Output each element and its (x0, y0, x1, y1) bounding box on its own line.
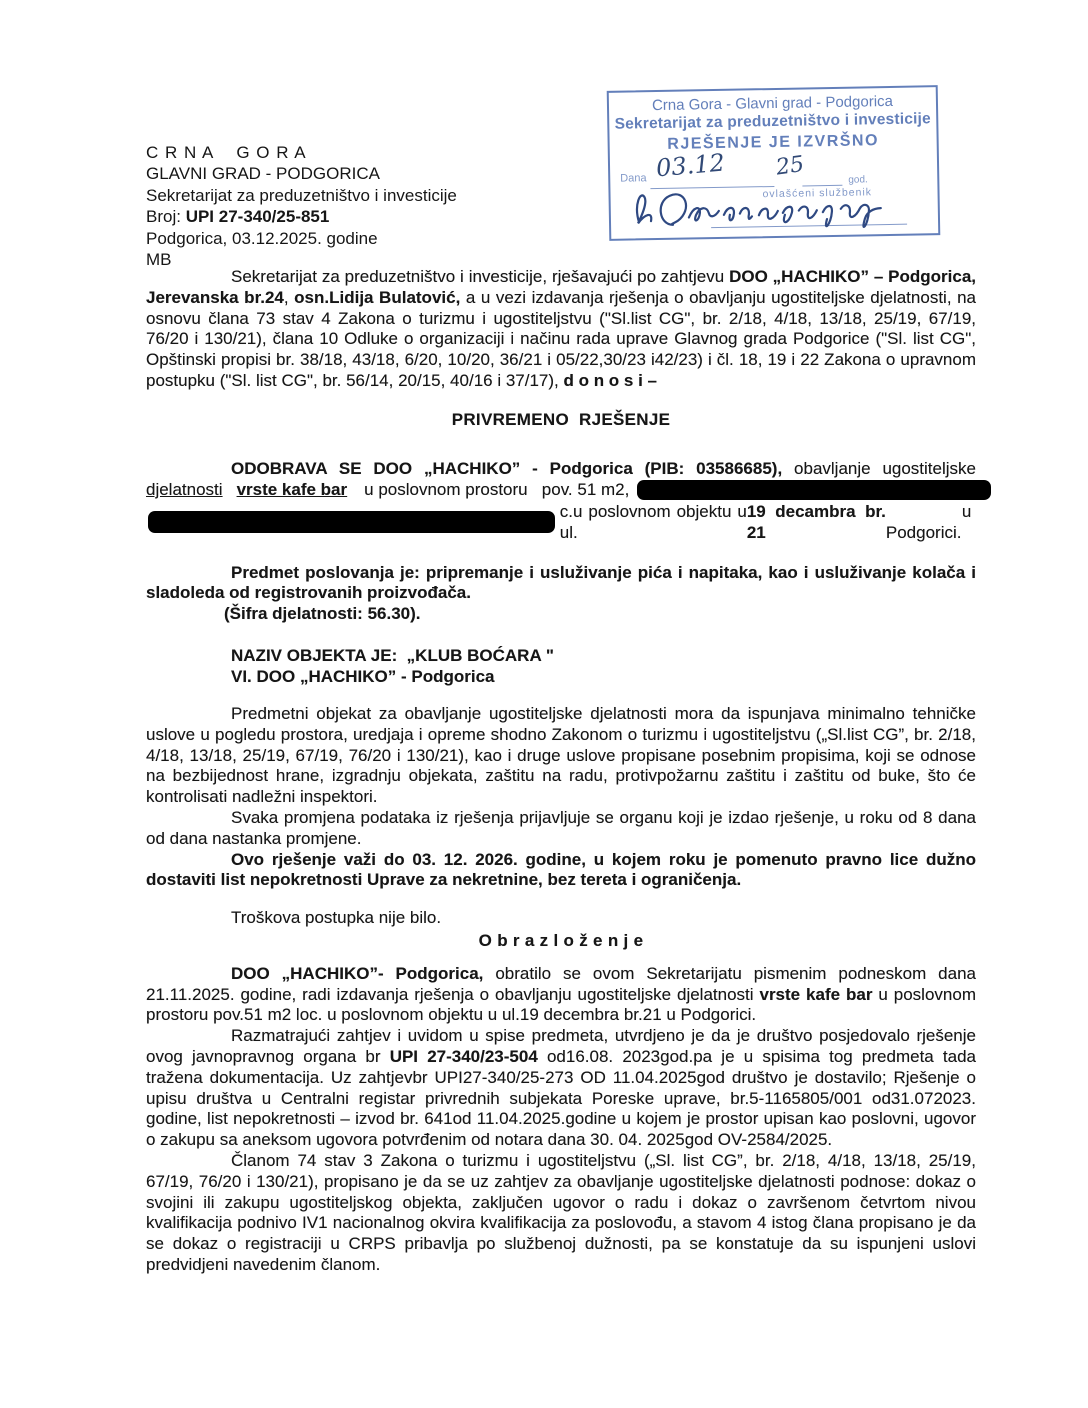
rationale-bar-type: vrste kafe bar (759, 985, 872, 1004)
approval-after-bar: c.u poslovnom objektu u ul. (560, 501, 747, 544)
rationale-case-ref: UPI 27-340/23-504 (390, 1047, 538, 1066)
letterhead-department: Sekretarijat za preduzetništvo i investi… (146, 185, 457, 206)
rationale-paragraph-3: Članom 74 stav 3 Zakona o turizmu i ugos… (146, 1151, 976, 1276)
founder-name: osn.Lidija Bulatović, (294, 288, 460, 307)
activity-code-line: (Šifra djelatnosti: 56.30). (146, 604, 976, 625)
handwritten-year: 25 (774, 152, 805, 181)
approval-bar-type: vrste kafe bar (237, 479, 348, 501)
rationale-company: DOO „HACHIKO”- Podgorica, (231, 964, 483, 983)
approval-city: u Podgorici. (886, 501, 976, 544)
approval-paragraph: ODOBRAVA SE DOO „HACHIKO” - Podgorica (P… (146, 458, 976, 544)
decision-title: PRIVREMENO RJEŠENJE (146, 410, 976, 431)
document-page: C R N A G O R A GLAVNI GRAD - PODGORICA … (0, 0, 1088, 1408)
signature-icon (628, 179, 919, 234)
intro-paragraph: Sekretarijat za preduzetništvo i investi… (146, 267, 976, 392)
rationale-paragraph-1: DOO „HACHIKO”- Podgorica, obratilo se ov… (146, 964, 976, 1026)
case-number-label: Broj: (146, 207, 186, 226)
approval-line1-rest: obavljanje ugostiteljske (794, 459, 976, 478)
stamp-line-3: RJEŠENJE JE IZVRŠNO (610, 131, 937, 155)
facility-name-line: NAZIV OBJEKTA JE: „KLUB BOĆARA " (146, 645, 976, 666)
approval-line-3: c.u poslovnom objektu u ul.19 decambra b… (146, 501, 976, 544)
facility-owner-line: VI. DOO „HACHIKO” - Podgorica (146, 666, 976, 687)
handwritten-date: 03.12 (655, 149, 726, 183)
rationale-paragraph-2: Razmatrajući zahtjev i uvidom u spise pr… (146, 1026, 976, 1151)
stamp-date-label: Dana (620, 172, 647, 184)
approval-company: ODOBRAVA SE DOO „HACHIKO” - Podgorica (P… (231, 459, 782, 478)
approval-street: 19 decambra br. 21 (747, 501, 886, 544)
change-notice-paragraph: Svaka promjena podataka iz rješenja prij… (146, 808, 976, 850)
approval-activity-word: djelatnosti (146, 479, 223, 501)
letterhead-country: C R N A G O R A (146, 142, 457, 163)
place-date-line: Podgorica, 03.12.2025. godine (146, 228, 457, 249)
costs-line: Troškova postupka nije bilo. (146, 908, 976, 929)
letterhead: C R N A G O R A GLAVNI GRAD - PODGORICA … (146, 142, 457, 270)
business-subject-paragraph: Predmet poslovanja je: pripremanje i usl… (146, 563, 976, 605)
facility-block: NAZIV OBJEKTA JE: „KLUB BOĆARA " VI. DOO… (146, 645, 976, 687)
approval-line-2: djelatnostivrste kafe baru poslovnom pro… (146, 479, 976, 501)
validity-paragraph: Ovo rješenje važi do 03. 12. 2026. godin… (146, 850, 976, 892)
intro-comma: , (284, 288, 294, 307)
approval-line-1: ODOBRAVA SE DOO „HACHIKO” - Podgorica (P… (146, 458, 976, 480)
donosi-word: d o n o s i – (563, 371, 657, 390)
letterhead-city: GLAVNI GRAD - PODGORICA (146, 163, 457, 184)
case-number-value: UPI 27-340/25-851 (186, 207, 330, 226)
intro-lead: Sekretarijat za preduzetništvo i investi… (231, 267, 729, 286)
rationale-title: O b r a z l o ž e n j e (146, 931, 976, 952)
document-body: Sekretarijat za preduzetništvo i investi… (146, 262, 976, 1276)
conditions-paragraph: Predmetni objekat za obavljanje ugostite… (146, 704, 976, 808)
approval-premises: u poslovnom prostoru pov. 51 m2, (364, 479, 629, 501)
case-number-line: Broj: UPI 27-340/25-851 (146, 206, 457, 227)
redaction-bar (637, 480, 991, 500)
redaction-bar (148, 511, 555, 533)
executive-stamp: Crna Gora - Glavni grad - Podgorica Sekr… (607, 85, 941, 241)
